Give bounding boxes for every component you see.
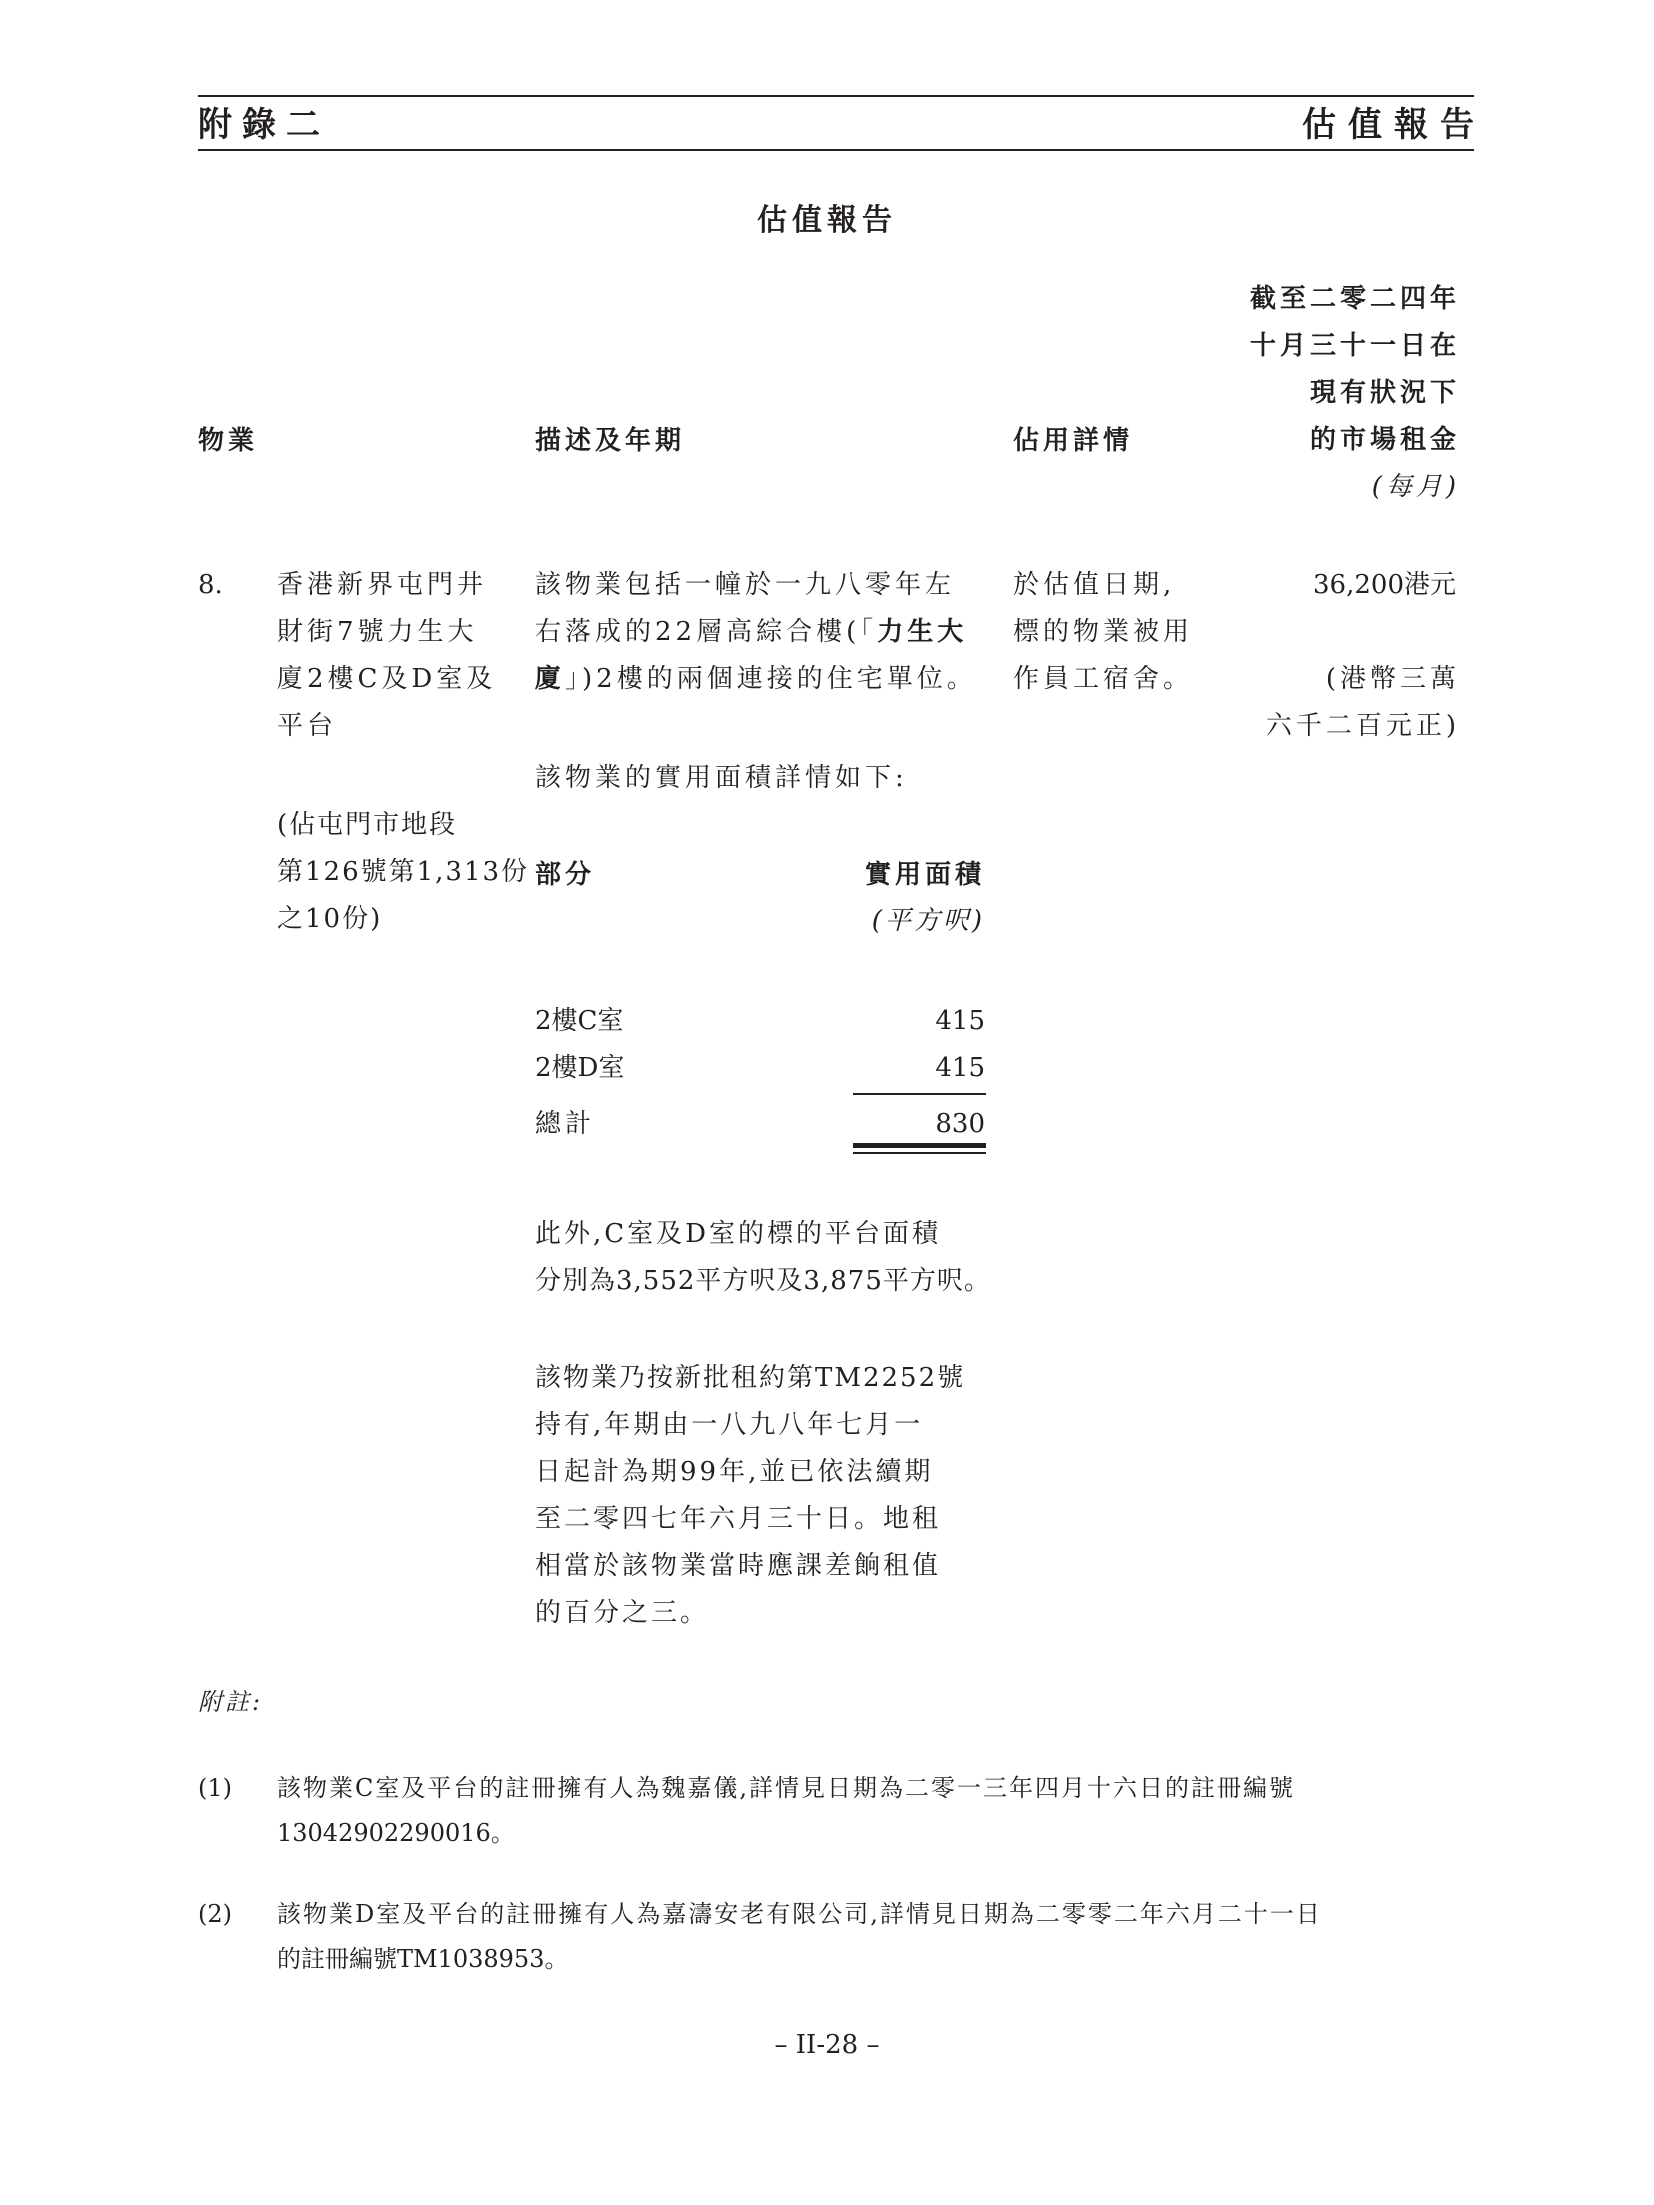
section-label: 估值報告 xyxy=(1302,102,1486,148)
building-name: 廈 xyxy=(535,664,565,694)
lot-line: (佔屯門市地段 xyxy=(277,802,529,849)
total-double-rule-thick xyxy=(853,1143,986,1148)
rent-header-line: 截至二零二四年 xyxy=(1250,276,1460,323)
note-label: (1) xyxy=(198,1766,232,1811)
column-header-occupancy: 佔用詳情 xyxy=(1013,418,1133,465)
area-table-header-part: 部分 xyxy=(535,852,595,899)
property-line: 香港新界屯門井 xyxy=(277,562,496,609)
notes-heading: 附註: xyxy=(198,1680,263,1725)
market-rent-value: 36,200港元 xyxy=(1313,562,1456,609)
appendix-label: 附錄二 xyxy=(198,102,330,148)
area-row-value: 415 xyxy=(860,998,985,1045)
property-line: 財街7號力生大 xyxy=(277,609,496,656)
description-line: 該物業包括一幢於一九八零年左 xyxy=(535,562,977,609)
property-line: 廈2樓C及D室及 xyxy=(277,656,496,703)
note-line: 13042902290016。 xyxy=(277,1811,1295,1856)
occupancy-line: 於估值日期, xyxy=(1013,562,1193,609)
rent-words-line: (港幣三萬 xyxy=(1266,656,1460,703)
occupancy-details: 於估值日期, 標的物業被用 作員工宿舍。 xyxy=(1013,562,1193,703)
description-text: 右落成的22層高綜合樓(「 xyxy=(535,617,877,647)
area-table-header-area: 實用面積 xyxy=(830,852,985,899)
property-lot: (佔屯門市地段 第126號第1,313份 之10份) xyxy=(277,802,529,943)
note-label: (2) xyxy=(198,1892,232,1937)
page-title: 估值報告 xyxy=(0,195,1654,239)
description-line: 相當於該物業當時應課差餉租值 xyxy=(535,1543,965,1590)
area-table-header-unit: (平方呎) xyxy=(820,898,985,945)
rent-header-line: 現有狀況下 xyxy=(1250,370,1460,417)
area-total-value: 830 xyxy=(860,1101,985,1148)
area-total-label: 總計 xyxy=(535,1101,595,1148)
header-top-rule xyxy=(198,95,1474,97)
area-row-part: 2樓D室 xyxy=(535,1045,624,1092)
note-item: 該物業C室及平台的註冊擁有人為魏嘉儀,詳情見日期為二零一三年四月十六日的註冊編號… xyxy=(277,1766,1295,1856)
description-line: 右落成的22層高綜合樓(「力生大 xyxy=(535,609,977,656)
description-paragraph-3: 此外,C室及D室的標的平台面積 分別為3,552平方呎及3,875平方呎。 xyxy=(535,1211,991,1305)
page-number: – II-28 – xyxy=(0,2030,1654,2060)
property-address: 香港新界屯門井 財街7號力生大 廈2樓C及D室及 平台 xyxy=(277,562,496,750)
description-line: 分別為3,552平方呎及3,875平方呎。 xyxy=(535,1258,991,1305)
description-paragraph-1: 該物業包括一幢於一九八零年左 右落成的22層高綜合樓(「力生大 廈」)2樓的兩個… xyxy=(535,562,977,703)
building-name: 力生大 xyxy=(877,617,967,647)
description-line: 日起計為期99年,並已依法續期 xyxy=(535,1449,965,1496)
column-header-description: 描述及年期 xyxy=(535,418,685,465)
area-row-part: 2樓C室 xyxy=(535,998,623,1045)
lot-line: 第126號第1,313份 xyxy=(277,849,529,896)
occupancy-line: 作員工宿舍。 xyxy=(1013,656,1193,703)
description-line: 至二零四七年六月三十日。地租 xyxy=(535,1496,965,1543)
rent-header-line: 的市場租金 xyxy=(1250,417,1460,464)
description-line: 該物業乃按新批租約第TM2252號 xyxy=(535,1355,965,1402)
note-line: 該物業C室及平台的註冊擁有人為魏嘉儀,詳情見日期為二零一三年四月十六日的註冊編號 xyxy=(277,1766,1295,1811)
rent-words-line: 六千二百元正) xyxy=(1266,703,1460,750)
occupancy-line: 標的物業被用 xyxy=(1013,609,1193,656)
rent-header-line: 十月三十一日在 xyxy=(1250,323,1460,370)
market-rent-words: (港幣三萬 六千二百元正) xyxy=(1266,656,1460,750)
note-item: 該物業D室及平台的註冊擁有人為嘉濤安老有限公司,詳情見日期為二零零二年六月二十一… xyxy=(277,1892,1322,1982)
description-line: 的百分之三。 xyxy=(535,1590,965,1637)
description-line: 廈」)2樓的兩個連接的住宅單位。 xyxy=(535,656,977,703)
area-row-value: 415 xyxy=(860,1045,985,1092)
description-line: 此外,C室及D室的標的平台面積 xyxy=(535,1211,991,1258)
entry-number: 8. xyxy=(198,562,223,609)
header-bottom-rule xyxy=(198,149,1474,151)
note-line: 的註冊編號TM1038953。 xyxy=(277,1937,1322,1982)
description-text: 」)2樓的兩個連接的住宅單位。 xyxy=(565,664,977,694)
note-line: 該物業D室及平台的註冊擁有人為嘉濤安老有限公司,詳情見日期為二零零二年六月二十一… xyxy=(277,1892,1322,1937)
description-line: 持有,年期由一八九八年七月一 xyxy=(535,1402,965,1449)
column-header-property: 物業 xyxy=(198,418,258,465)
total-double-rule-thin xyxy=(853,1152,986,1154)
property-line: 平台 xyxy=(277,703,496,750)
subtotal-rule xyxy=(853,1093,986,1095)
description-paragraph-4: 該物業乃按新批租約第TM2252號 持有,年期由一八九八年七月一 日起計為期99… xyxy=(535,1355,965,1637)
lot-line: 之10份) xyxy=(277,896,529,943)
column-header-rent: 截至二零二四年 十月三十一日在 現有狀況下 的市場租金 (每月) xyxy=(1250,276,1460,511)
rent-header-unit: (每月) xyxy=(1250,464,1460,511)
description-paragraph-2: 該物業的實用面積詳情如下: xyxy=(535,755,908,802)
